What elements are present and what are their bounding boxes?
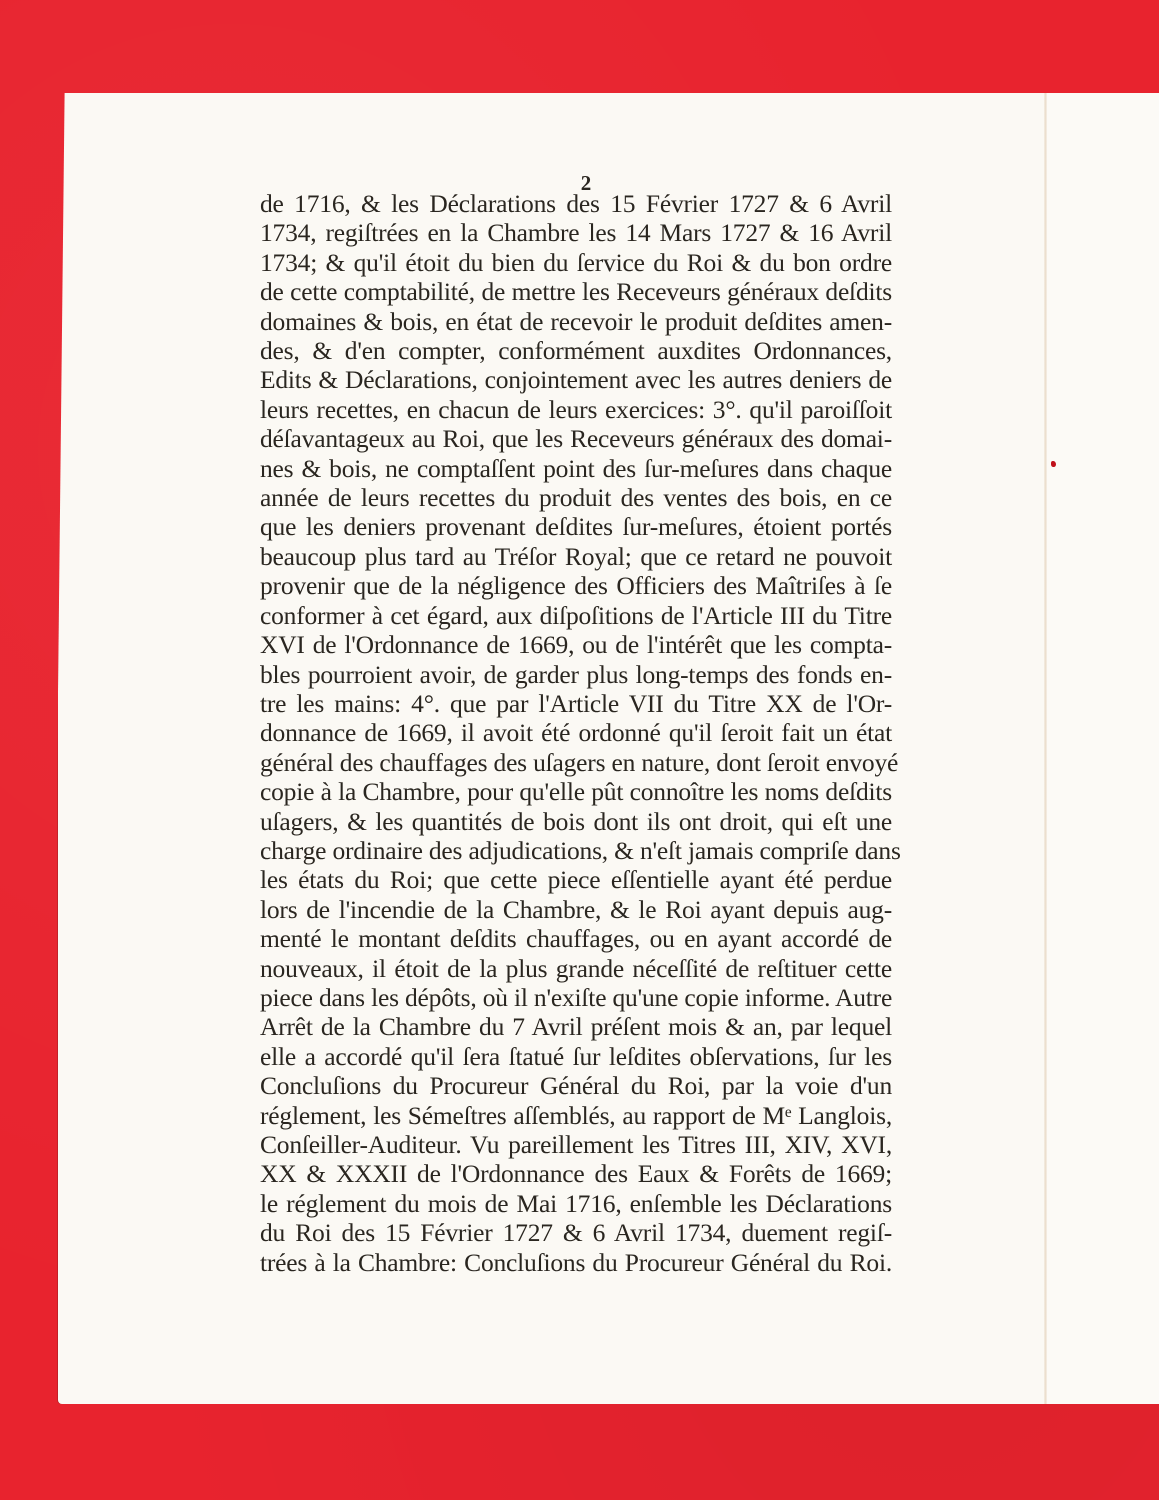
body-text: 2 de 1716, & les Déclarations des 15 Fév… bbox=[260, 173, 892, 1277]
text-line: Edits & Déclarations, conjointement avec… bbox=[260, 365, 892, 394]
text-line: donnance de 1669, il avoit été ordonné q… bbox=[260, 718, 892, 747]
text-line: domaines & bois, en état de recevoir le … bbox=[260, 307, 892, 336]
text-line: que les deniers provenant deſdites ſur-m… bbox=[260, 512, 892, 541]
document-page: 2 de 1716, & les Déclarations des 15 Fév… bbox=[58, 93, 1159, 1404]
text-line: XVI de l'Ordonnance de 1669, ou de l'int… bbox=[260, 630, 892, 659]
text-line: nouveaux, il étoit de la plus grande néc… bbox=[260, 954, 892, 983]
text-line: conformer à cet égard, aux diſpoſitions … bbox=[260, 601, 892, 630]
text-line: tre les mains: 4°. que par l'Article VII… bbox=[260, 689, 892, 718]
page-number: 2 bbox=[280, 173, 892, 189]
text-line: lors de l'incendie de la Chambre, & le R… bbox=[260, 895, 892, 924]
text-line: elle a accordé qu'il ſera ſtatué ſur leſ… bbox=[260, 1042, 892, 1071]
text-line: année de leurs recettes du produit des v… bbox=[260, 483, 892, 512]
adjacent-leaf bbox=[1047, 93, 1159, 1404]
page-fold-crease bbox=[1044, 93, 1047, 1404]
text-line: du Roi des 15 Février 1727 & 6 Avril 173… bbox=[260, 1218, 892, 1247]
text-line: de cette comptabilité, de mettre les Rec… bbox=[260, 277, 892, 306]
text-line: Concluſions du Procureur Général du Roi,… bbox=[260, 1071, 892, 1100]
text-line: charge ordinaire des adjudications, & n'… bbox=[260, 836, 892, 865]
text-line: copie à la Chambre, pour qu'elle pût con… bbox=[260, 777, 892, 806]
text-line: 1734, regiſtrées en la Chambre les 14 Ma… bbox=[260, 218, 892, 247]
text-line: leurs recettes, en chacun de leurs exerc… bbox=[260, 395, 892, 424]
text-line: XX & XXXII de l'Ordonnance des Eaux & Fo… bbox=[260, 1159, 892, 1188]
text-line: beaucoup plus tard au Tréſor Royal; que … bbox=[260, 542, 892, 571]
text-line: général des chauffages des uſagers en na… bbox=[260, 748, 892, 777]
text-line: des, & d'en compter, conformément auxdit… bbox=[260, 336, 892, 365]
text-line: de 1716, & les Déclarations des 15 Févri… bbox=[260, 189, 892, 218]
text-line: nes & bois, ne comptaſſent point des ſur… bbox=[260, 454, 892, 483]
text-line: provenir que de la négligence des Offici… bbox=[260, 571, 892, 600]
text-line: menté le montant deſdits chauffages, ou … bbox=[260, 924, 892, 953]
text-line: piece dans les dépôts, où il n'exiſte qu… bbox=[260, 983, 892, 1012]
text-line: le réglement du mois de Mai 1716, enſemb… bbox=[260, 1189, 892, 1218]
text-line: Arrêt de la Chambre du 7 Avril préſent m… bbox=[260, 1012, 892, 1041]
text-line: les états du Roi; que cette piece eſſent… bbox=[260, 865, 892, 894]
ink-spot bbox=[1051, 461, 1056, 467]
text-line: uſagers, & les quantités de bois dont il… bbox=[260, 807, 892, 836]
text-line: déſavantageux au Roi, que les Receveurs … bbox=[260, 424, 892, 453]
text-line: trées à la Chambre: Concluſions du Procu… bbox=[260, 1248, 892, 1277]
text-line: 1734; & qu'il étoit du bien du ſervice d… bbox=[260, 248, 892, 277]
text-line: réglement, les Sémeſtres aſſemblés, au r… bbox=[260, 1101, 892, 1130]
text-line: Conſeiller-Auditeur. Vu pareillement les… bbox=[260, 1130, 892, 1159]
text-line: bles pourroient avoir, de garder plus lo… bbox=[260, 660, 892, 689]
